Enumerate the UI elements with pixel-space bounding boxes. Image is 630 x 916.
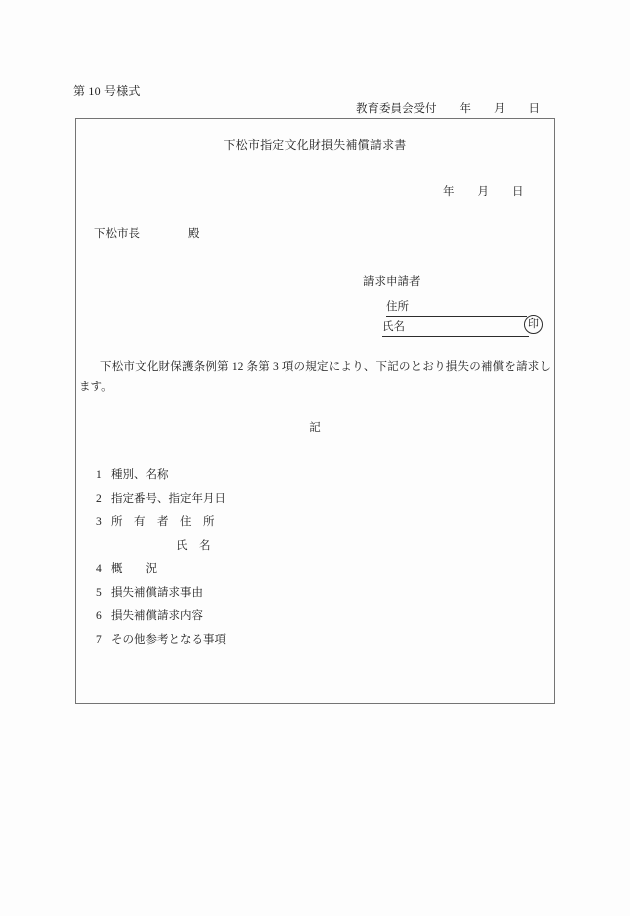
item-text: その他参考となる事項 (111, 629, 226, 653)
items-list: 1種別、名称 2指定番号、指定年月日 3所 有 者 住 所 氏 名 4概 況 5… (96, 464, 226, 652)
name-label: 氏名 (382, 321, 405, 333)
list-item: 6損失補償請求内容 (96, 605, 226, 629)
item-number: 2 (96, 488, 111, 512)
item-text: 所 有 者 住 所 (111, 511, 215, 535)
addressee-row: 下松市長殿 (94, 225, 200, 241)
item-text: 損失補償請求内容 (111, 605, 203, 629)
address-blank-field: 住所 (386, 299, 527, 317)
board-of-education-receipt-line: 教育委員会受付 年 月 日 (356, 100, 540, 116)
list-item-continuation: 氏 名 (96, 535, 226, 559)
document-page: 第 10 号様式 教育委員会受付 年 月 日 下松市指定文化財損失補償請求書 年… (0, 0, 630, 916)
record-heading: 記 (76, 419, 554, 435)
item-text: 種別、名称 (111, 464, 169, 488)
seal-label: 印 (528, 319, 539, 330)
body-paragraph: 下松市文化財保護条例第 12 条第 3 項の規定により、下記のとおり損失の補償を… (79, 357, 551, 397)
applicant-label: 請求申請者 (363, 273, 421, 289)
seal-icon: 印 (524, 315, 543, 334)
item-number (96, 535, 111, 559)
item-text: 指定番号、指定年月日 (111, 488, 226, 512)
item-text: 損失補償請求事由 (111, 582, 203, 606)
list-item: 3所 有 者 住 所 (96, 511, 226, 535)
item-number: 5 (96, 582, 111, 606)
item-text: 氏 名 (111, 535, 211, 559)
addressee-name: 下松市長 (94, 228, 140, 240)
list-item: 2指定番号、指定年月日 (96, 488, 226, 512)
item-number: 1 (96, 464, 111, 488)
name-blank-field: 氏名 (382, 319, 529, 337)
list-item: 5損失補償請求事由 (96, 582, 226, 606)
item-number: 6 (96, 605, 111, 629)
item-number: 7 (96, 629, 111, 653)
address-label: 住所 (386, 301, 409, 313)
item-text: 概 況 (111, 558, 157, 582)
list-item: 4概 況 (96, 558, 226, 582)
form-number: 第 10 号様式 (73, 82, 141, 99)
item-number: 3 (96, 511, 111, 535)
addressee-honorific: 殿 (188, 228, 200, 240)
date-line: 年 月 日 (443, 183, 524, 199)
item-number: 4 (96, 558, 111, 582)
list-item: 1種別、名称 (96, 464, 226, 488)
list-item: 7その他参考となる事項 (96, 629, 226, 653)
form-box: 下松市指定文化財損失補償請求書 年 月 日 下松市長殿 請求申請者 住所 氏名 … (75, 118, 555, 704)
form-title: 下松市指定文化財損失補償請求書 (76, 136, 554, 153)
